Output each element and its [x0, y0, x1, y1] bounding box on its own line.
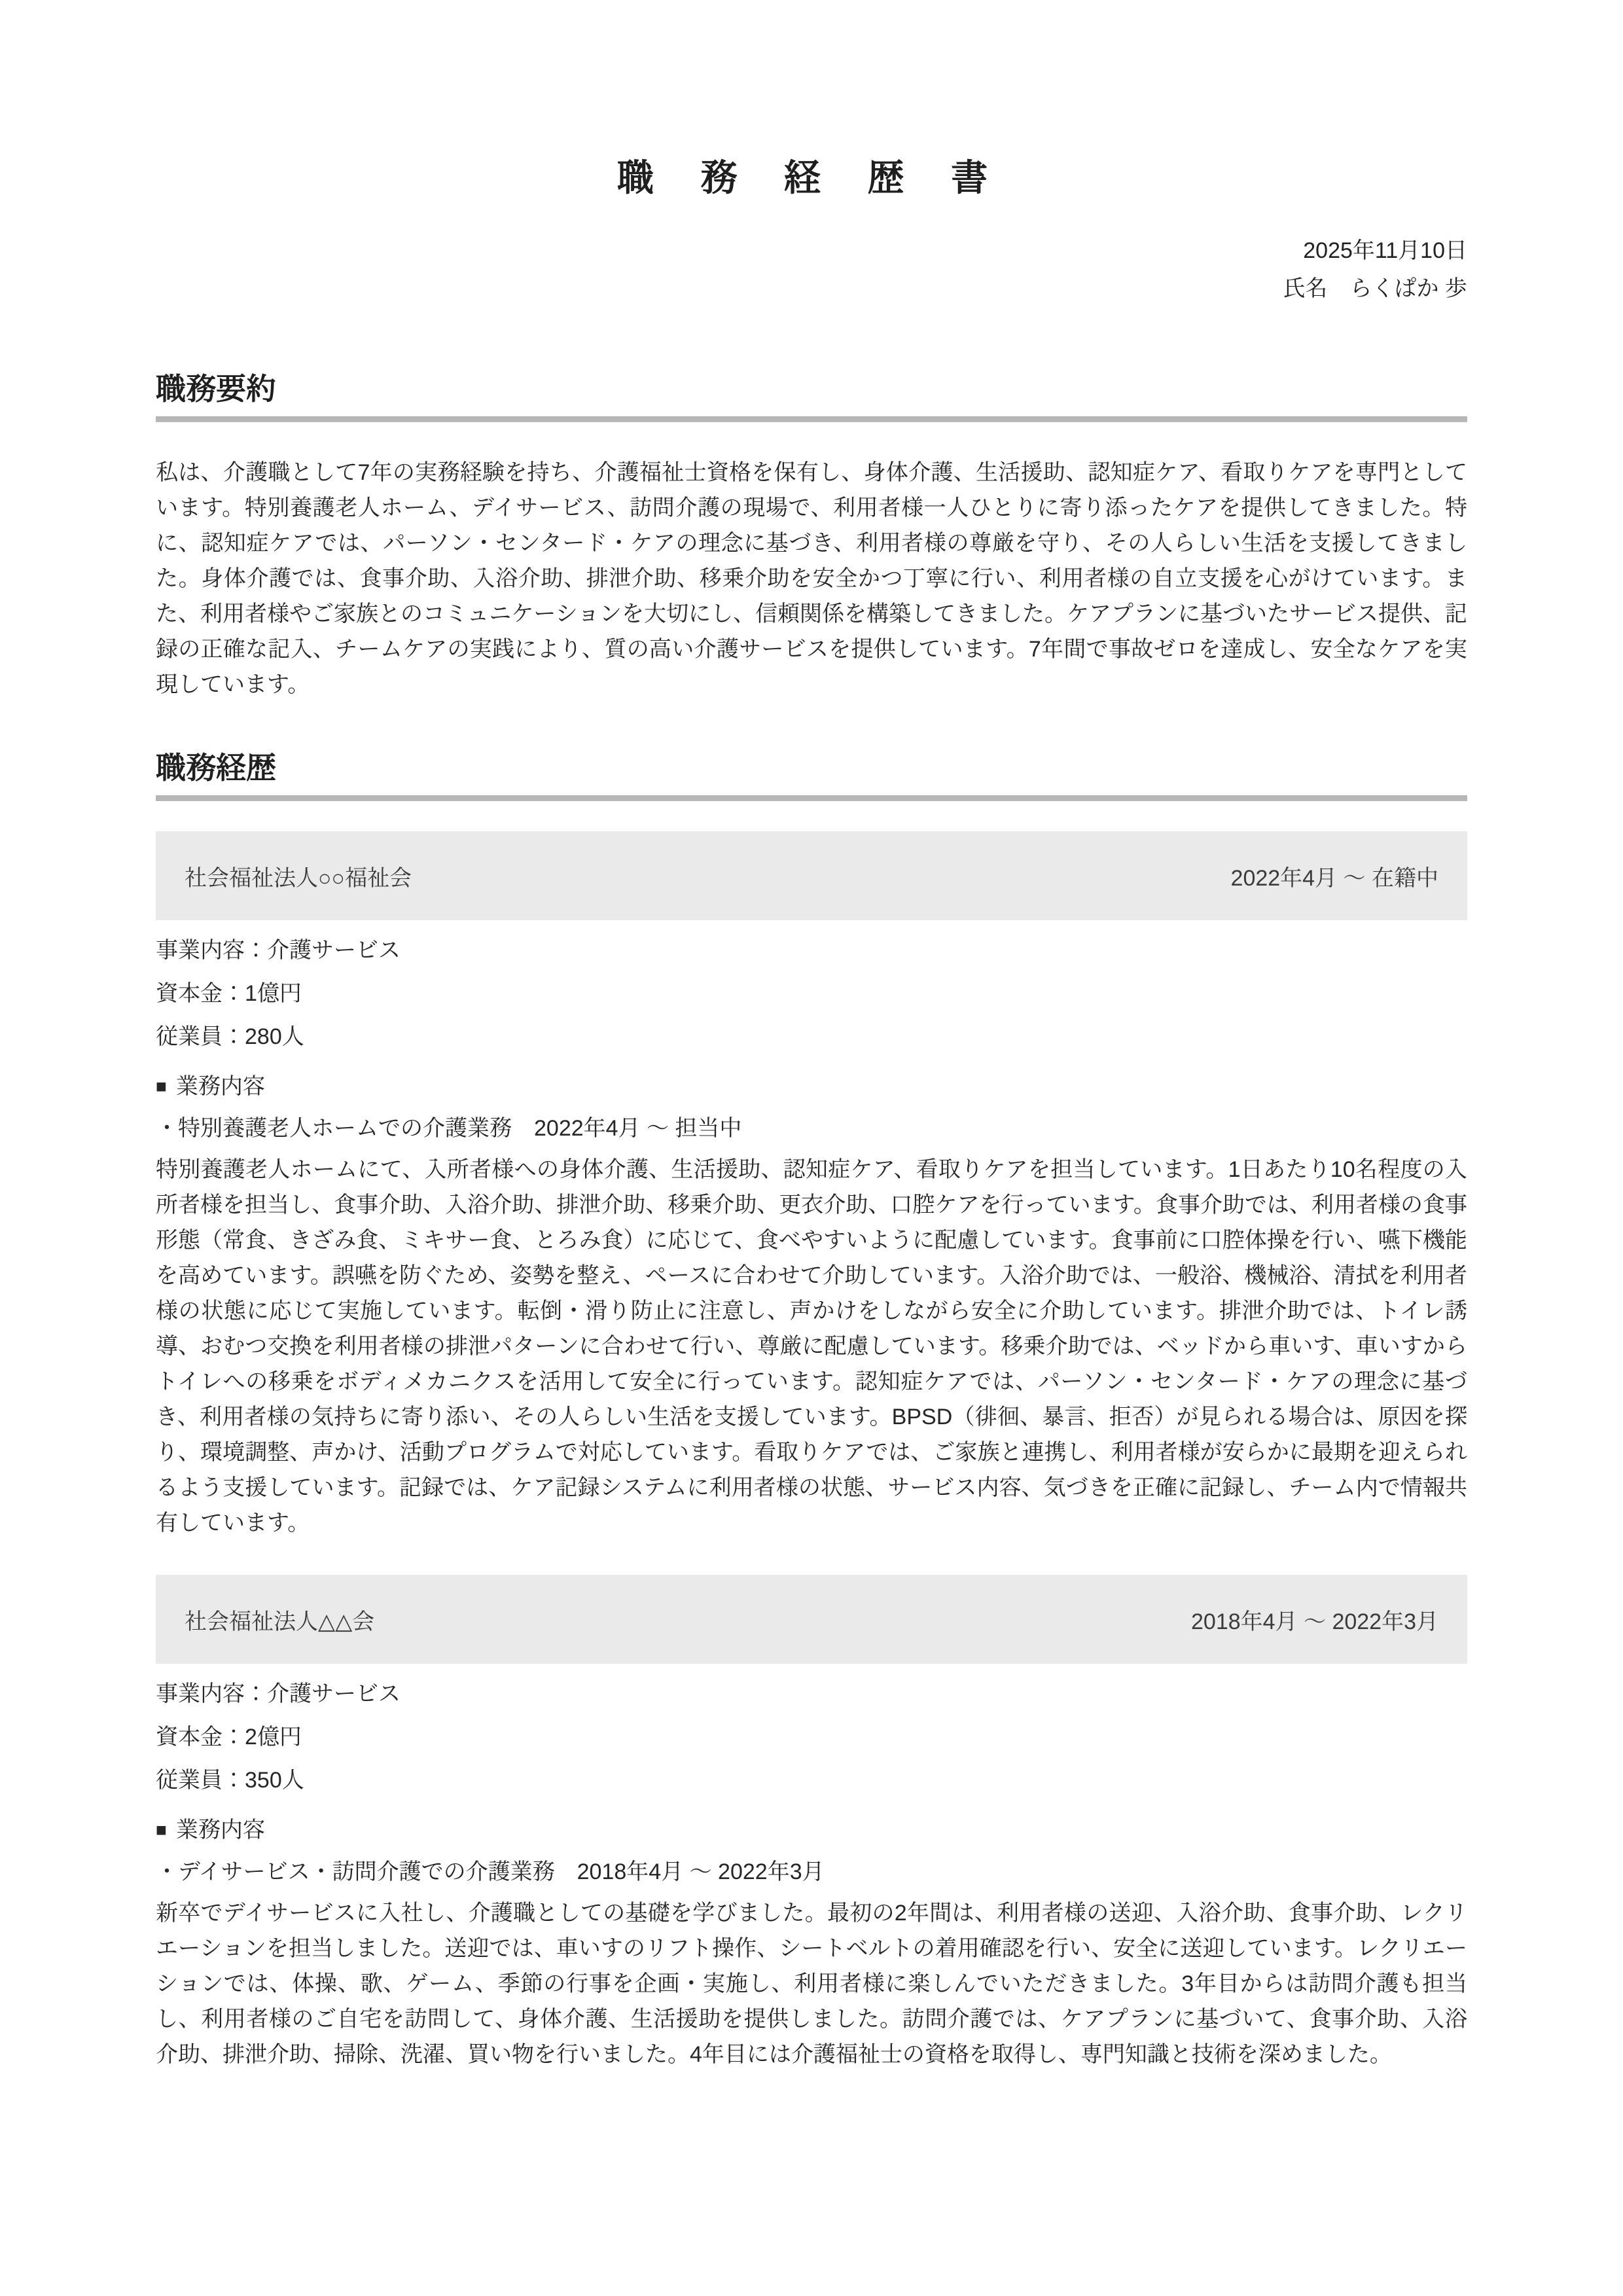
square-bullet-icon: ■ — [156, 1077, 167, 1096]
applicant-name: 氏名 らくぱか 歩 — [156, 270, 1467, 308]
section-underline — [156, 795, 1467, 801]
duties-label: ■ 業務内容 — [156, 1050, 1467, 1100]
company-capital: 資本金：1億円 — [156, 963, 1467, 1007]
section-underline — [156, 416, 1467, 422]
company-description: 特別養護老人ホームにて、入所者様への身体介護、生活援助、認知症ケア、看取りケアを… — [156, 1152, 1467, 1541]
document-meta: 2025年11月10日 氏名 らくぱか 歩 — [156, 232, 1467, 308]
company-name: 社会福祉法人○○福祉会 — [185, 860, 412, 892]
role-line: ・デイサービス・訪問介護での介護業務 2018年4月 〜 2022年3月 — [156, 1843, 1467, 1886]
company-description: 新卒でデイサービスに入社し、介護職としての基礎を学びました。最初の2年間は、利用… — [156, 1895, 1467, 2072]
summary-heading: 職務要約 — [156, 365, 1467, 408]
history-heading: 職務経歴 — [156, 744, 1467, 787]
company-business: 事業内容：介護サービス — [156, 920, 1467, 963]
square-bullet-icon: ■ — [156, 1821, 167, 1839]
company-employees: 従業員：280人 — [156, 1007, 1467, 1050]
duties-label: ■ 業務内容 — [156, 1793, 1467, 1843]
role-line: ・特別養護老人ホームでの介護業務 2022年4月 〜 担当中 — [156, 1100, 1467, 1143]
company-name: 社会福祉法人△△会 — [185, 1604, 374, 1636]
company-period: 2022年4月 〜 在籍中 — [1231, 860, 1438, 892]
resume-page: 職 務 経 歴 書 2025年11月10日 氏名 らくぱか 歩 職務要約 私は、… — [0, 0, 1623, 2296]
history-section: 職務経歴 社会福祉法人○○福祉会 2022年4月 〜 在籍中 事業内容：介護サー… — [156, 744, 1467, 2072]
company-header-band: 社会福祉法人△△会 2018年4月 〜 2022年3月 — [156, 1575, 1467, 1664]
duties-label-text: 業務内容 — [176, 1073, 265, 1100]
company-employees: 従業員：350人 — [156, 1750, 1467, 1793]
duties-label-text: 業務内容 — [176, 1817, 265, 1843]
document-date: 2025年11月10日 — [156, 232, 1467, 270]
company-period: 2018年4月 〜 2022年3月 — [1191, 1604, 1438, 1636]
company-capital: 資本金：2億円 — [156, 1707, 1467, 1750]
company-business: 事業内容：介護サービス — [156, 1664, 1467, 1707]
summary-section: 職務要約 私は、介護職として7年の実務経験を持ち、介護福祉士資格を保有し、身体介… — [156, 365, 1467, 702]
document-title: 職 務 経 歴 書 — [156, 149, 1467, 202]
company-header-band: 社会福祉法人○○福祉会 2022年4月 〜 在籍中 — [156, 831, 1467, 920]
summary-text: 私は、介護職として7年の実務経験を持ち、介護福祉士資格を保有し、身体介護、生活援… — [156, 455, 1467, 702]
